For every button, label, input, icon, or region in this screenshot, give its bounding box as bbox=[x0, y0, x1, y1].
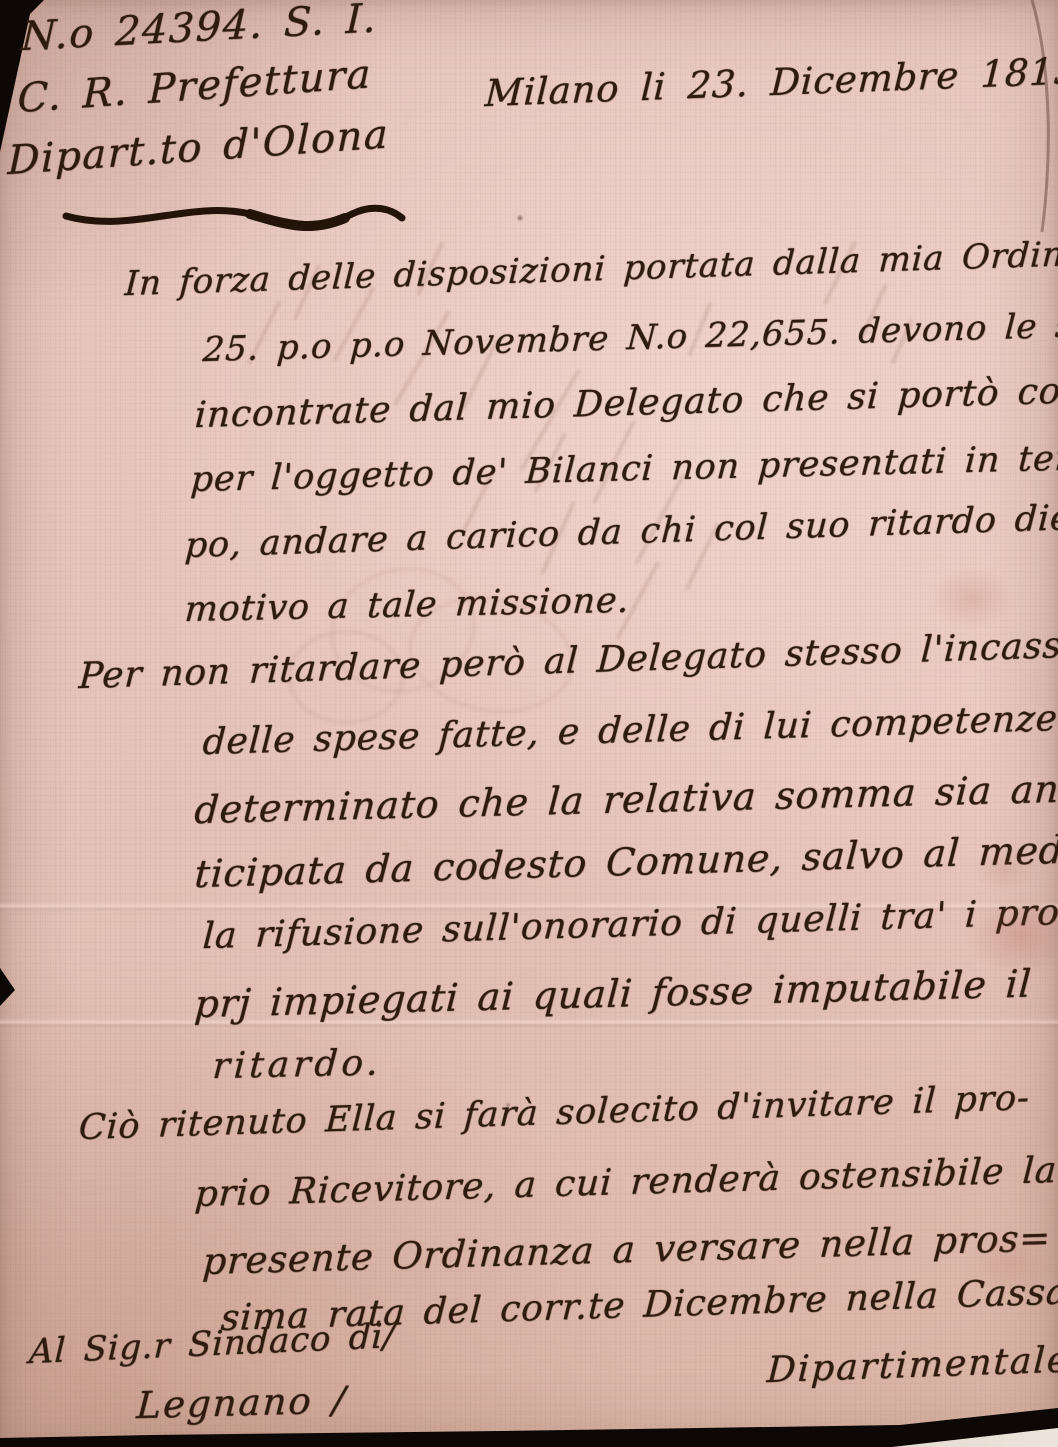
body-line: ritardo. bbox=[211, 1042, 383, 1087]
address-city: Legnano / bbox=[135, 1378, 348, 1427]
photo-of-letter: N.o 24394. S. I. C. R. Prefettura Dipart… bbox=[0, 0, 1058, 1447]
paper-crease-line bbox=[1000, 0, 1058, 250]
header-flourish bbox=[60, 188, 410, 238]
